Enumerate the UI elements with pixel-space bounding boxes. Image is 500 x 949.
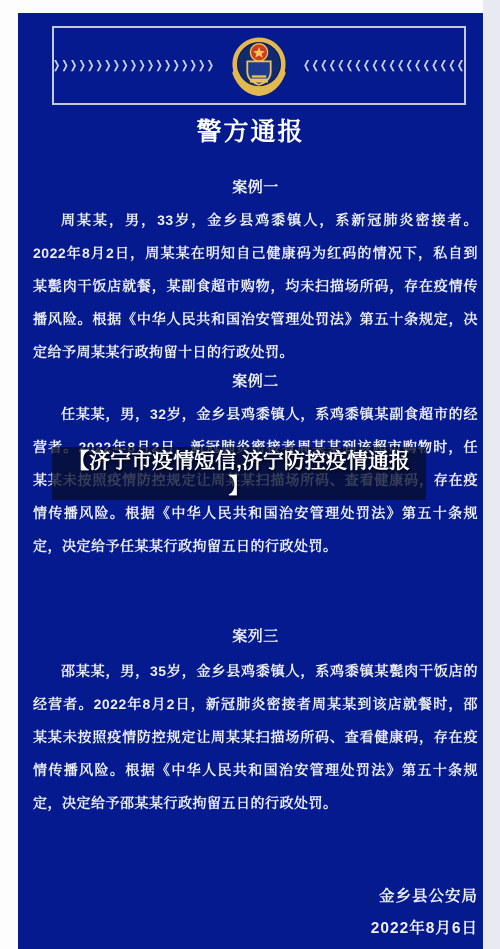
watermark-caption-line1: 【济宁市疫情短信,济宁防控疫情通报 [68,449,410,474]
issue-date: 2022年8月6日 [33,912,478,945]
chevron-right-row-icon: ❯❯❯❯❯❯❯❯❯❯❯❯❯❯❯❯❯❯❯❯❯❯❯❯ [52,60,215,71]
watermark-caption-line2: 】 [229,474,250,499]
case-3-line: 定，决定给予邵某某行政拘留五日的行政处罚。 [33,787,478,820]
case-2-line: 定，决定给予任某某行政拘留五日的行政处罚。 [33,530,478,563]
emblem-header-box: ❯❯❯❯❯❯❯❯❯❯❯❯❯❯❯❯❯❯❯❯❯❯❯❯ ❮❮❮❮❮❮❮❮❮❮❮❮❮❮❮… [52,26,466,105]
case-3-line: 邵某某，男，35岁，金乡县鸡黍镇人，系鸡黍镇某甏肉干饭店的 [33,655,478,688]
case-3-line: 某某未按照疫情防控规定让周某某扫描场所码、查看健康码，存在疫 [33,721,478,754]
case-3-line: 情传播风险。根据《中华人民共和国治安管理处罚法》第五十条规 [33,754,478,787]
case-2-heading: 案例二 [33,365,478,398]
case-1-line: 播风险。根据《中华人民共和国治安管理处罚法》第五十条规定，决 [33,303,478,336]
police-badge-icon [223,33,295,102]
case-3-line: 经营者。2022年8月2日，新冠肺炎密接者周某某到该店就餐时，邵 [33,688,478,721]
case-3-heading: 案列三 [33,620,478,653]
notice-body: 案例一 周某某，男，33岁，金乡县鸡黍镇人，系新冠肺炎密接者。 2022年8月2… [18,171,483,945]
chevron-left-row-icon: ❮❮❮❮❮❮❮❮❮❮❮❮❮❮❮❮❮❮❮❮❮❮❮❮ [303,60,466,71]
issuer-signature: 金乡县公安局 [33,880,478,913]
case-1-line: 2022年8月2日，周某某在明知自己健康码为红码的情况下，私自到 [33,237,478,270]
case-1-line: 周某某，男，33岁，金乡县鸡黍镇人，系新冠肺炎密接者。 [33,204,478,237]
case-1-heading: 案例一 [33,171,478,204]
case-2-line: 任某某，男，32岁，金乡县鸡黍镇人，系鸡黍镇某副食超市的经 [33,398,478,431]
watermark-caption-overlay: 【济宁市疫情短信,济宁防控疫情通报 】 [52,447,426,500]
case-2-line: 情传播风险。根据《中华人民共和国治安管理处罚法》第五十条规 [33,497,478,530]
case-1-line: 某甏肉干饭店就餐，某副食超市购物，均未扫描场所码，存在疫情传 [33,270,478,303]
notice-title: 警方通报 [18,117,483,147]
